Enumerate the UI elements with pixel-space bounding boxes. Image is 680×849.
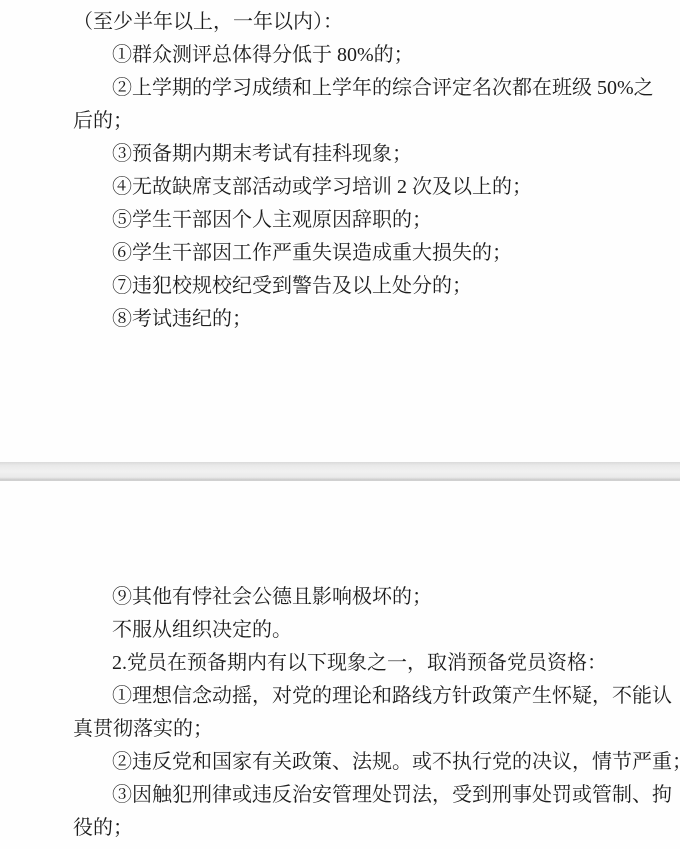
text-line: （至少半年以上，一年以内）： [73,6,642,39]
text-line: ⑨其他有悖社会公德且影响极坏的； [112,581,642,614]
text-line: ③预备期内期末考试有挂科现象； [112,138,642,171]
text-line: ②违反党和国家有关政策、法规。或不执行党的决议，情节严重； [112,746,642,779]
text-line: ②上学期的学习成绩和上学年的综合评定名次都在班级 50%之 [112,72,642,105]
document-page-2: ⑨其他有悖社会公德且影响极坏的；不服从组织决定的。2.党员在预备期内有以下现象之… [0,481,680,849]
document-page-1: （至少半年以上，一年以内）：①群众测评总体得分低于 80%的；②上学期的学习成绩… [0,0,680,462]
page-separator [0,462,680,481]
text-line: 不服从组织决定的。 [112,614,642,647]
text-line: 2.党员在预备期内有以下现象之一，取消预备党员资格： [112,647,642,680]
text-line: ⑦违犯校规校纪受到警告及以上处分的； [112,270,642,303]
text-line: 真贯彻落实的； [73,713,642,746]
text-line: ⑥学生干部因工作严重失误造成重大损失的； [112,237,642,270]
text-line: 役的； [73,812,642,845]
text-line: ⑧考试违纪的； [112,303,642,336]
text-line: ⑤学生干部因个人主观原因辞职的； [112,204,642,237]
text-line: ①群众测评总体得分低于 80%的； [112,39,642,72]
text-line: ④无故缺席支部活动或学习培训 2 次及以上的； [112,171,642,204]
text-line: 后的； [73,105,642,138]
document-viewer[interactable]: （至少半年以上，一年以内）：①群众测评总体得分低于 80%的；②上学期的学习成绩… [0,0,680,849]
text-line: ①理想信念动摇，对党的理论和路线方针政策产生怀疑，不能认 [112,680,642,713]
text-line: ③因触犯刑律或违反治安管理处罚法，受到刑事处罚或管制、拘 [112,779,642,812]
